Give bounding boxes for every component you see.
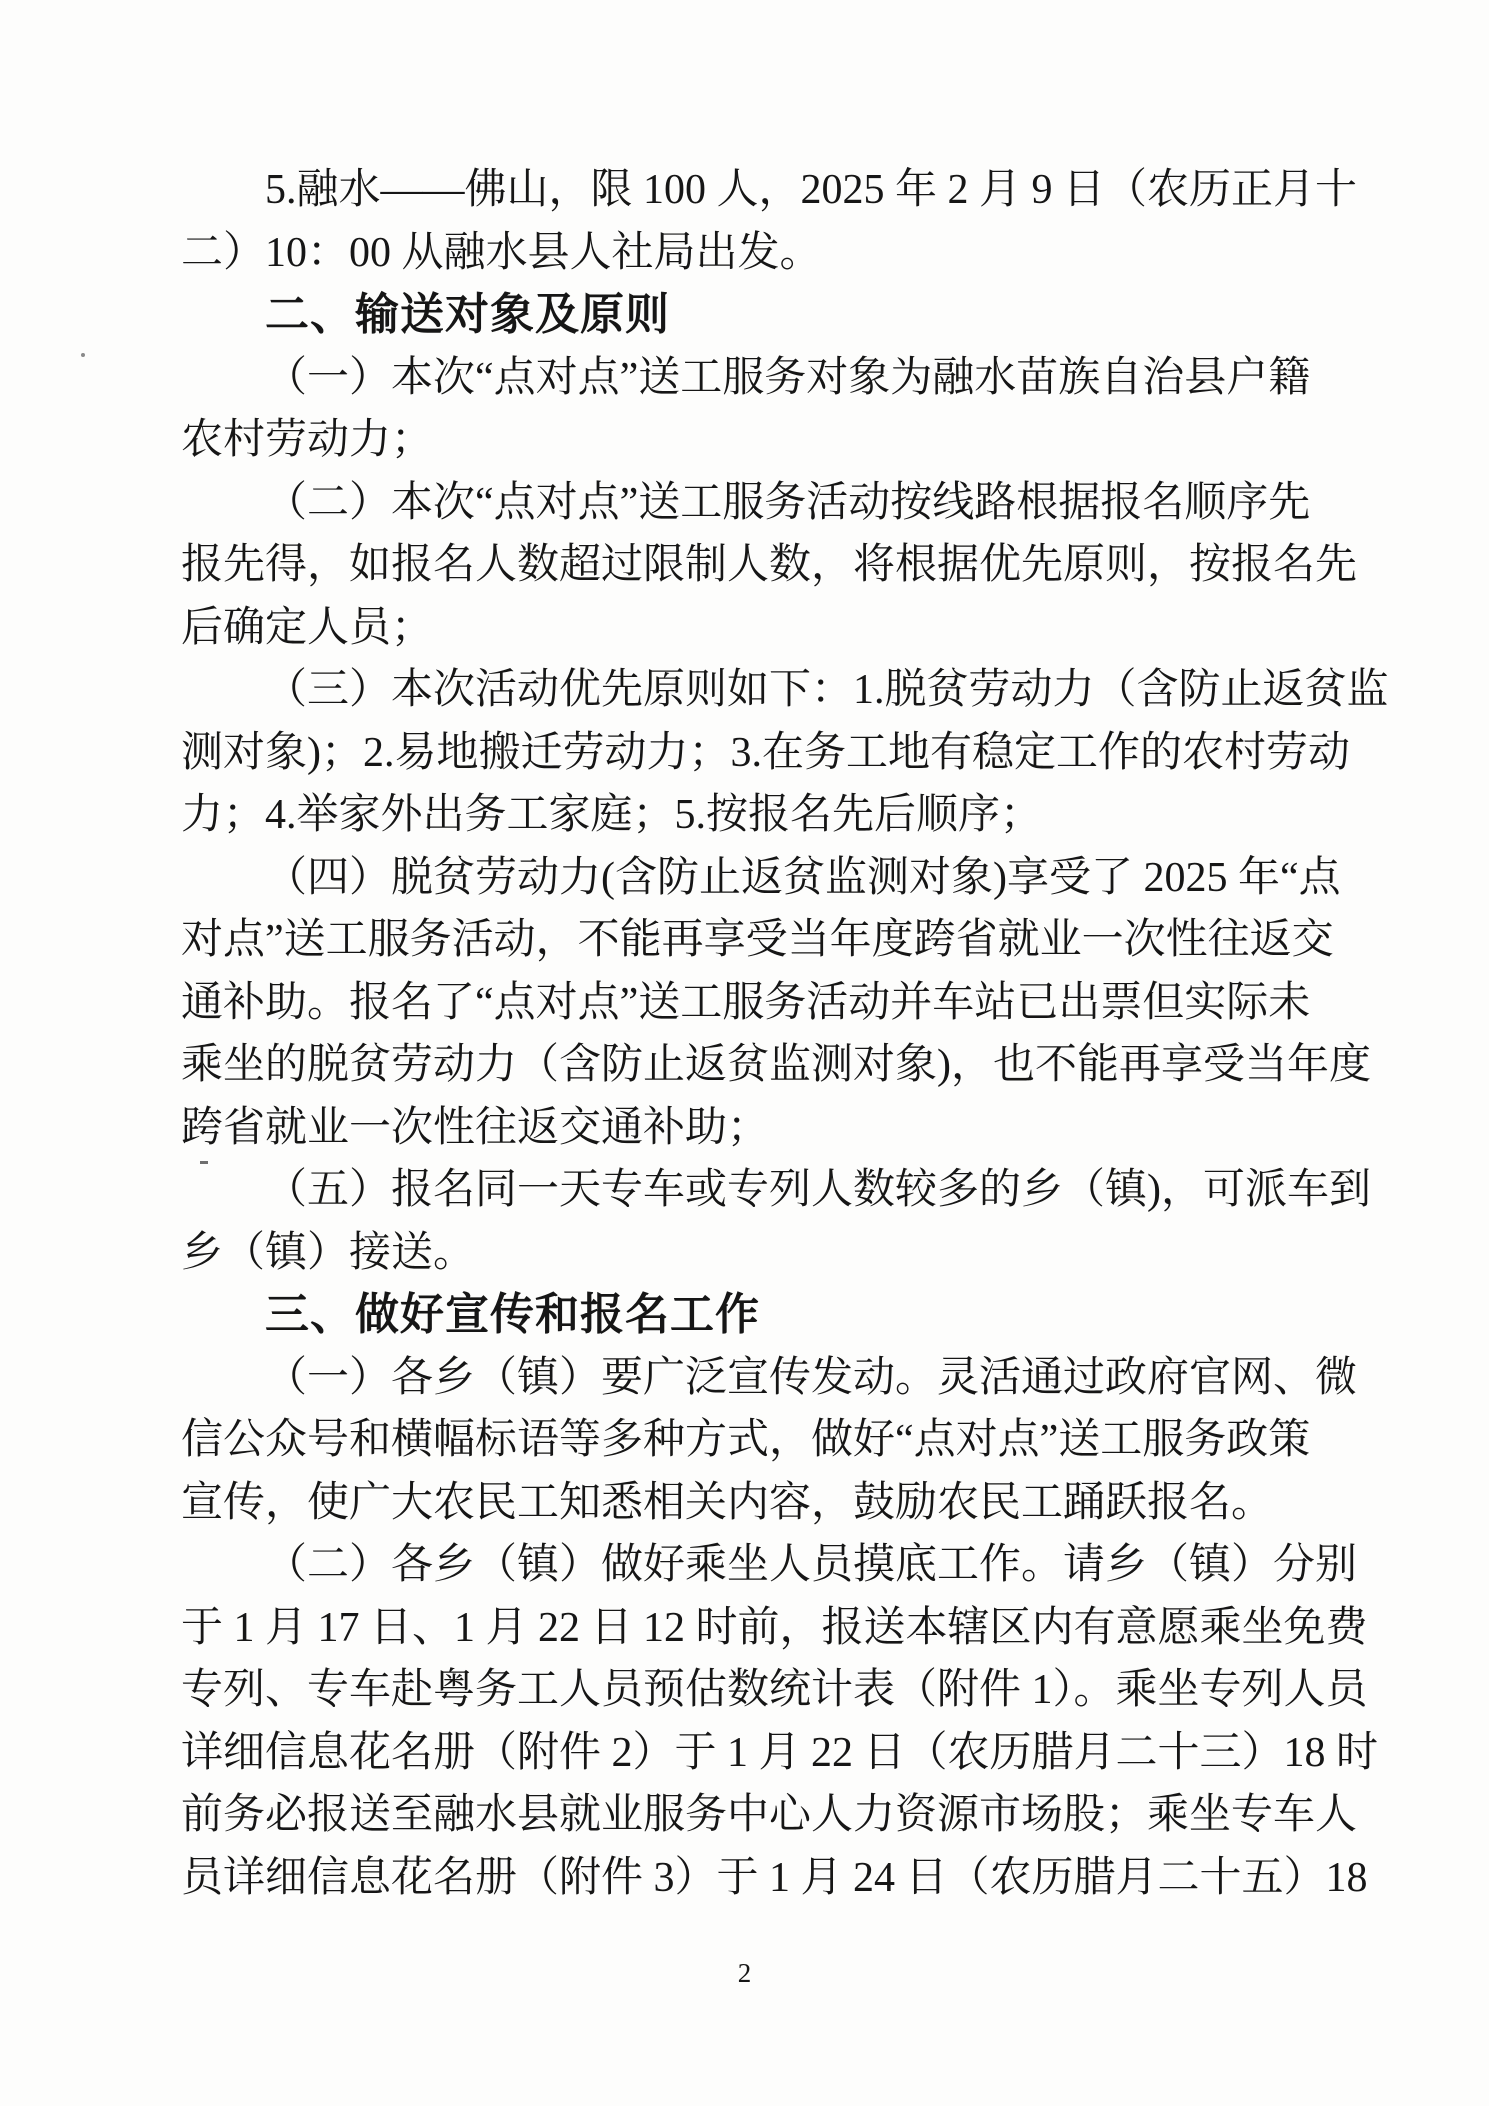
doc-line: （一）各乡（镇）要广泛宣传发动。灵活通过政府官网、微 <box>181 1347 1310 1410</box>
doc-line: 5.融水——佛山，限 100 人，2025 年 2 月 9 日（农历正月十 <box>181 159 1310 222</box>
doc-line: （五）报名同一天专车或专列人数较多的乡（镇)，可派车到 <box>181 1159 1310 1222</box>
doc-line: 后确定人员； <box>181 597 1310 660</box>
doc-line: 信公众号和横幅标语等多种方式，做好“点对点”送工服务政策 <box>181 1409 1310 1472</box>
doc-line: （一）本次“点对点”送工服务对象为融水苗族自治县户籍 <box>181 347 1310 410</box>
section-heading-2: 二、输送对象及原则 <box>181 284 1310 347</box>
doc-line: 宣传，使广大农民工知悉相关内容，鼓励农民工踊跃报名。 <box>181 1472 1310 1535</box>
doc-line: 详细信息花名册（附件 2）于 1 月 22 日（农历腊月二十三）18 时 <box>181 1722 1310 1785</box>
doc-line: （二）各乡（镇）做好乘坐人员摸底工作。请乡（镇）分别 <box>181 1534 1310 1597</box>
doc-line: 报先得，如报名人数超过限制人数，将根据优先原则，按报名先 <box>181 534 1310 597</box>
doc-line: 力；4.举家外出务工家庭；5.按报名先后顺序； <box>181 784 1310 847</box>
doc-line: 跨省就业一次性往返交通补助； <box>181 1097 1310 1160</box>
doc-line: 通补助。报名了“点对点”送工服务活动并车站已出票但实际未 <box>181 972 1310 1035</box>
doc-line: 对点”送工服务活动，不能再享受当年度跨省就业一次性往返交 <box>181 909 1310 972</box>
doc-line: （二）本次“点对点”送工服务活动按线路根据报名顺序先 <box>181 472 1310 535</box>
doc-line: 二）10：00 从融水县人社局出发。 <box>181 222 1310 285</box>
document-text-block: 5.融水——佛山，限 100 人，2025 年 2 月 9 日（农历正月十 二）… <box>181 159 1310 1909</box>
section-heading-3: 三、做好宣传和报名工作 <box>181 1284 1310 1347</box>
doc-line: 专列、专车赴粤务工人员预估数统计表（附件 1）。乘坐专列人员 <box>181 1659 1310 1722</box>
doc-line: 乡（镇）接送。 <box>181 1222 1310 1285</box>
doc-line: 乘坐的脱贫劳动力（含防止返贫监测对象)，也不能再享受当年度 <box>181 1034 1310 1097</box>
doc-line: 前务必报送至融水县就业服务中心人力资源市场股；乘坐专车人 <box>181 1784 1310 1847</box>
doc-line: （四）脱贫劳动力(含防止返贫监测对象)享受了 2025 年“点 <box>181 847 1310 910</box>
scan-speck <box>81 353 85 357</box>
doc-line: 测对象)；2.易地搬迁劳动力；3.在务工地有稳定工作的农村劳动 <box>181 722 1310 785</box>
page-number: 2 <box>0 1958 1489 1989</box>
doc-line: 于 1 月 17 日、1 月 22 日 12 时前，报送本辖区内有意愿乘坐免费 <box>181 1597 1310 1660</box>
doc-line: 农村劳动力； <box>181 409 1310 472</box>
document-page: 5.融水——佛山，限 100 人，2025 年 2 月 9 日（农历正月十 二）… <box>0 0 1489 2106</box>
doc-line: 员详细信息花名册（附件 3）于 1 月 24 日（农历腊月二十五）18 <box>181 1847 1310 1910</box>
doc-line: （三）本次活动优先原则如下：1.脱贫劳动力（含防止返贫监 <box>181 659 1310 722</box>
